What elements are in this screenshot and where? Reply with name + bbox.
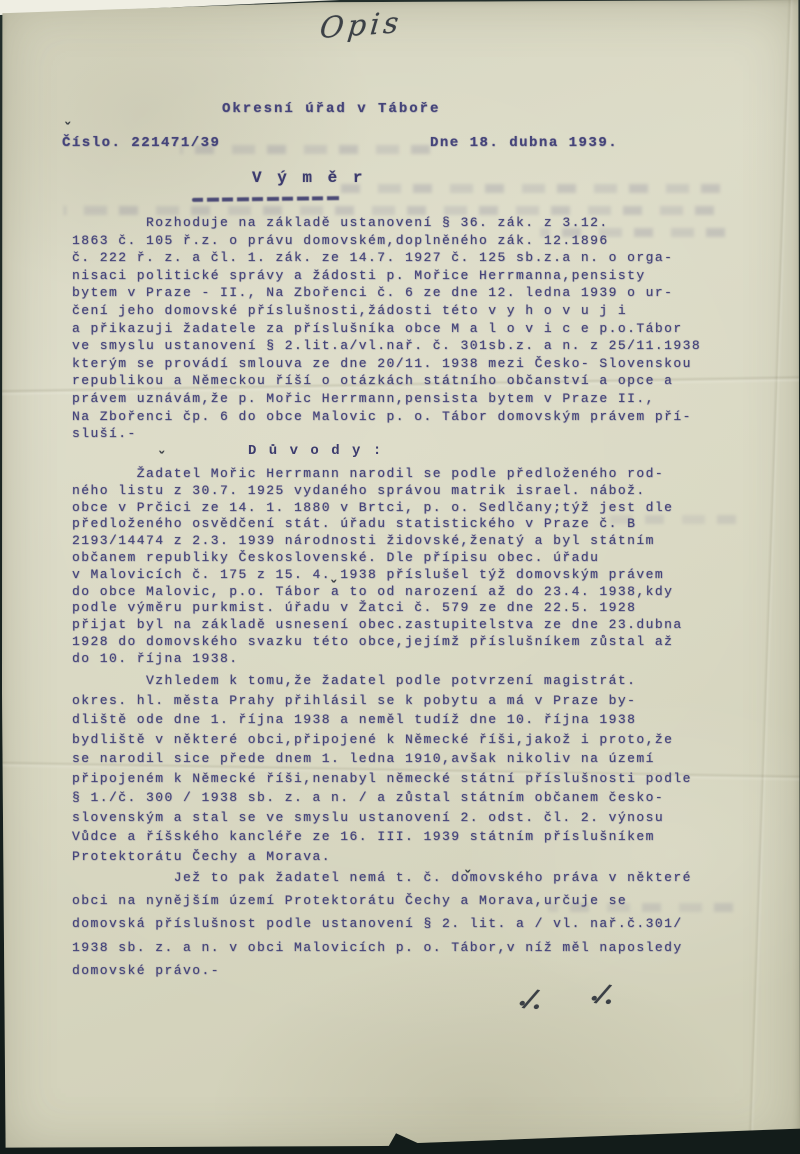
handwritten-copy-note: Opis <box>318 5 404 45</box>
body-line: 2193/14474 z 2.3. 1939 národnosti židovs… <box>72 533 683 550</box>
hacek-mark: ˇ <box>464 868 472 886</box>
body-line: ného listu z 30.7. 1925 vydaného správou… <box>72 483 683 500</box>
hacek-mark: ˇ <box>158 449 166 467</box>
body-line: č. 222 ř. z. a čl. 1. zák. ze 14.7. 1927… <box>72 249 701 267</box>
body-line: domovská příslušnost podle ustanovení § … <box>72 912 692 935</box>
body-line: okres. hl. města Prahy přihlásil se k po… <box>72 691 692 711</box>
body-line: Jež to pak žadatel nemá t. č. domovského… <box>72 866 692 889</box>
body-line: dliště ode dne 1. října 1938 a neměl tud… <box>72 710 692 730</box>
body-line: čení jeho domovské příslušnosti,žádosti … <box>72 302 701 320</box>
enclosure-mark: ./. <box>516 982 544 1016</box>
reasons-paragraph-1: Žadatel Mořic Herrmann narodil se podle … <box>72 466 683 668</box>
body-line: 1928 do domovského svazku této obce,její… <box>72 634 683 651</box>
body-line: Vůdce a říšského kancléře ze 16. III. 19… <box>72 827 692 847</box>
body-line: v Malovicích č. 175 z 15. 4. 1938 příslu… <box>72 567 683 584</box>
body-line: do 10. října 1938. <box>72 651 683 668</box>
body-line: Rozhoduje na základě ustanovení § 36. zá… <box>72 214 701 232</box>
body-line: se narodil sice přede dnem 1. ledna 1910… <box>72 749 692 769</box>
scanned-document-page: Opis Okresní úřad v Táboře Číslo. 221471… <box>0 0 800 1154</box>
body-line: obci na nynějším území Protektorátu Čech… <box>72 889 692 912</box>
body-line: a přikazuji žadatele za příslušníka obce… <box>72 320 701 338</box>
hacek-mark: ˇ <box>330 578 338 596</box>
decision-paragraph: Rozhoduje na základě ustanovení § 36. zá… <box>72 214 701 443</box>
body-line: § 1./č. 300 / 1938 sb. z. a n. / a zůsta… <box>72 788 692 808</box>
paper-sheet: Opis Okresní úřad v Táboře Číslo. 221471… <box>0 0 800 1154</box>
document-date: Dne 18. dubna 1939. <box>430 135 618 151</box>
body-line: občanem republiky Československé. Dle př… <box>72 550 683 567</box>
body-line: ve smyslu ustanovení § 2.lit.a/vl.nař. č… <box>72 337 701 355</box>
body-line: Žadatel Mořic Herrmann narodil se podle … <box>72 466 683 483</box>
body-line: přijat byl na základě usnesení obec.zast… <box>72 617 683 634</box>
hacek-mark: ˇ <box>64 120 72 138</box>
body-line: bytem v Praze - II., Na Zbořenci č. 6 ze… <box>72 284 701 302</box>
body-line: nisaci politické správy a žádosti p. Moř… <box>72 267 701 285</box>
document-title: V ý m ě r <box>252 169 365 187</box>
body-line: obce v Prčici ze 14. 1. 1880 v Brtci, p.… <box>72 500 683 517</box>
body-line: bydliště v některé obci,připojené k Něme… <box>72 730 692 750</box>
body-line: Protektorátu Čechy a Morava. <box>72 847 692 867</box>
conclusion-paragraph: Jež to pak žadatel nemá t. č. domovského… <box>72 866 692 982</box>
body-line: připojeném k Německé říši,nenabyl německ… <box>72 769 692 789</box>
title-underline <box>192 196 342 202</box>
reasons-paragraph-2: Vzhledem k tomu,že žadatel podle potvrze… <box>72 671 692 866</box>
body-line: do obce Malovic, p.o. Tábor a to od naro… <box>72 584 683 601</box>
body-line: 1938 sb. z. a n. v obci Malovicích p. o.… <box>72 936 692 959</box>
body-line: 1863 č. 105 ř.z. o právu domovském,dopln… <box>72 232 701 250</box>
body-line: republikou a Německou říší o otázkách st… <box>72 372 701 390</box>
reference-number: Číslo. 221471/39 <box>62 135 220 151</box>
body-line: předloženého osvědčení stát. úřadu stati… <box>72 516 683 533</box>
reasons-heading: D ů v o d y : <box>248 443 383 459</box>
body-line: Vzhledem k tomu,že žadatel podle potvrze… <box>72 671 692 691</box>
body-line: právem uznávám,že p. Mořic Herrmann,pens… <box>72 390 701 408</box>
body-line: Na Zbořenci čp. 6 do obce Malovic p. o. … <box>72 408 701 426</box>
body-line: podle výměru purkmist. úřadu v Žatci č. … <box>72 600 683 617</box>
body-line: slovenským a stal se ve smyslu ustanoven… <box>72 808 692 828</box>
office-name: Okresní úřad v Táboře <box>222 101 440 117</box>
body-line: sluší.- <box>72 425 701 443</box>
body-line: kterým se provádí smlouva ze dne 20/11. … <box>72 355 701 373</box>
ink-bleed-smudge <box>330 184 720 193</box>
